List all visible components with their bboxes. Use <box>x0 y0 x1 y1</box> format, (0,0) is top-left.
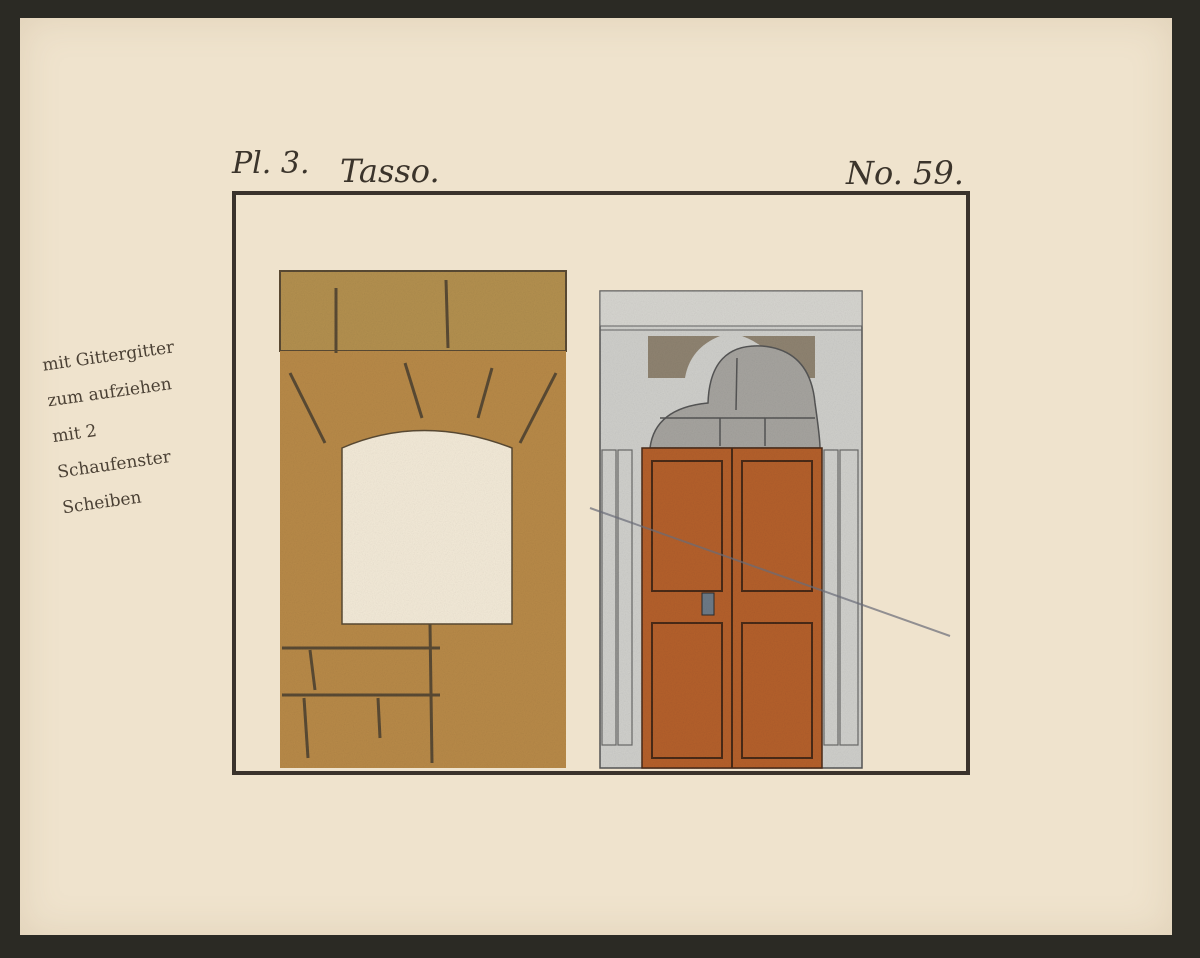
keyhole-plate <box>702 593 714 615</box>
window-opening-drawing <box>280 271 566 768</box>
double-door-portal-drawing <box>600 291 862 768</box>
paper-sheet: Pl. 3. Tasso. No. 59. mit Gittergitter z… <box>20 18 1172 935</box>
drawing-canvas <box>20 18 1172 935</box>
